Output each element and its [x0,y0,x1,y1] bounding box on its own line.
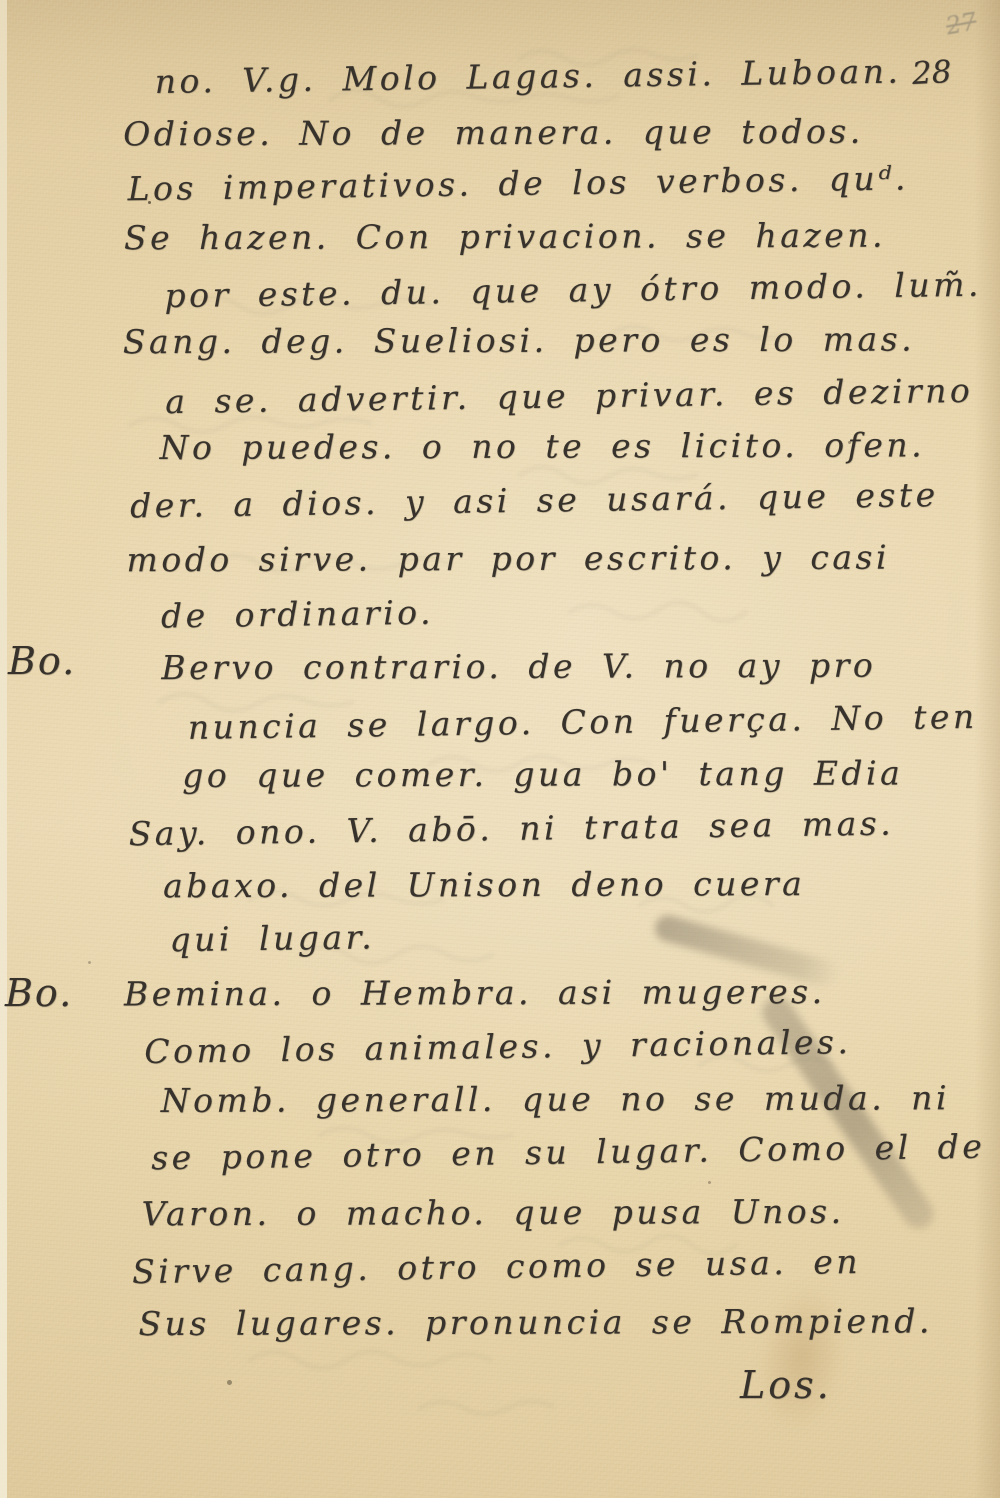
margin-note-bo: Bo. [5,974,73,1012]
manuscript-line: se pone otro en su lugar. Como el de [151,1130,986,1175]
manuscript-line: Como los animales. y racionales. [144,1025,851,1068]
manuscript-line: qui lugar. [169,920,375,956]
manuscript-line: a se. advertir. que privar. es dezirno [165,374,973,418]
manuscript-line: no. V.g. Molo Lagas. assi. Luboan. [155,55,902,98]
manuscript-line: por este. du. que ay ótro modo. lum̃. [164,268,982,312]
manuscript-line: abaxo. del Unison deno cuera [163,867,805,902]
manuscript-line: Sirve cang. otro como se usa. en [132,1245,861,1288]
manuscript-page: 27 28 no. V.g. Molo Lagas. assi. Luboan.… [0,0,1000,1498]
manuscript-line: Nomb. generall. que no se muda. ni [161,1081,950,1117]
manuscript-line: Bervo contrario. de V. no ay pro [161,649,876,684]
manuscript-text-block: no. V.g. Molo Lagas. assi. Luboan.Odiose… [0,0,1000,1498]
manuscript-line: go que comer. gua bo' tang Edia [182,756,903,792]
margin-note-bo: Bo. [8,642,76,680]
manuscript-line: No puedes. o no te es licito. ofen. [160,428,926,464]
manuscript-line: Sus lugares. pronuncia se Rompiend. [138,1304,932,1340]
manuscript-line: modo sirve. par por escrito. y casi [126,541,890,577]
manuscript-line: Sang. deg. Sueliosi. pero es lo mas. [123,322,915,358]
manuscript-line: Say. ono. V. abō. ni trata sea mas. [128,807,894,851]
manuscript-line: nuncia se largo. Con fuerça. No ten [188,700,978,744]
manuscript-line: Se hazen. Con privacion. se hazen. [124,219,886,255]
manuscript-line: Los imperativos. de los verbos. quᵈ. [127,161,909,205]
manuscript-line: der. a dios. y asi se usará. que este [130,478,939,522]
manuscript-line: Odiose. No de manera. que todos. [123,115,864,151]
manuscript-line: de ordinario. [161,596,434,633]
manuscript-line: Varon. o macho. que pusa Unos. [142,1195,845,1230]
catchword: Los. [740,1366,832,1404]
manuscript-line: Bemina. o Hembra. asi mugeres. [124,975,826,1010]
